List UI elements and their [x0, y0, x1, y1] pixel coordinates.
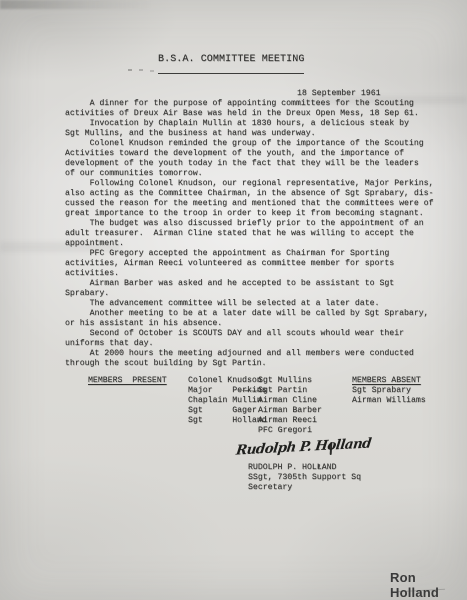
member-present: Sgt Gager	[188, 406, 267, 416]
document-content: B.S.A. COMMITTEE MEETING 18 September 19…	[65, 48, 437, 503]
paragraph-perkins: Following Colonel Knudson, our regional …	[65, 179, 437, 219]
signatory-unit: SSgt, 7305th Support Sq	[248, 473, 437, 483]
signature-block: Rudolph P. Holland RUDOLPH P. HOLLAND SS…	[248, 463, 437, 503]
member-present: Colonel Knudson	[188, 376, 267, 386]
member-present: Chaplain Mullin	[188, 396, 267, 406]
paragraph-adjourned: At 2000 hours the meeting adjourned and …	[65, 349, 437, 369]
paragraph-advancement: The advancement committee will be select…	[65, 299, 437, 309]
members-absent-column: MEMBERS ABSENT Sgt Sprabary Airman Willi…	[352, 376, 426, 406]
members-absent-heading: MEMBERS ABSENT	[352, 376, 426, 386]
document-title-wrap: B.S.A. COMMITTEE MEETING	[158, 48, 437, 74]
paragraph-gregory: PFC Gregory accepted the appointment as …	[65, 249, 437, 279]
scan-smudge-top-left	[0, 0, 160, 9]
member-present: Sgt Mullins	[258, 376, 322, 386]
scanned-document-page: B.S.A. COMMITTEE MEETING 18 September 19…	[0, 0, 467, 600]
paragraph-budget: The budget was also discussed briefly pr…	[65, 219, 437, 249]
paragraph-barber: Airman Barber was asked and he accepted …	[65, 279, 437, 299]
member-present: Major Per̶kins	[188, 386, 267, 396]
member-present: PFC Gregori	[258, 426, 322, 436]
annotation-ron-holland: Ron Holland	[390, 570, 467, 600]
member-absent: Sgt Sprabary	[352, 386, 426, 396]
member-present: Sgt Holland	[188, 416, 267, 426]
members-present-list-1: Colonel Knudson Major Per̶kins Chaplain …	[188, 376, 267, 426]
document-date: 18 September 1961	[297, 89, 437, 99]
members-present-heading: MEMBERS PRESENT	[88, 376, 167, 386]
member-present: Airman Reeci	[258, 416, 322, 426]
member-present: Airman Barber	[258, 406, 322, 416]
member-present: Airman Cline	[258, 396, 322, 406]
paragraph-dinner: A dinner for the purpose of appointing c…	[65, 99, 437, 119]
document-title: B.S.A. COMMITTEE MEETING	[158, 54, 304, 74]
paragraph-next-meeting: Another meeting to be at a later date wi…	[65, 309, 437, 329]
member-absent: Airman Williams	[352, 396, 426, 406]
signatory-role: Secretary	[248, 483, 437, 493]
handwritten-signature: Rudolph P. Holland	[235, 435, 372, 458]
paragraph-knudson: Colonel Knudson reminded the group of th…	[65, 139, 437, 179]
signatory-name: RUDOLPH P. HOLLAND	[248, 463, 437, 473]
member-present: Sgt Partin	[258, 386, 322, 396]
members-present-list-2: Sgt Mullins Sgt Partin Airman Cline Airm…	[258, 376, 322, 436]
paragraph-scouts-day: Second of October is SCOUTS DAY and all …	[65, 329, 437, 349]
members-roster: MEMBERS PRESENT Colonel Knudson Major Pe…	[65, 376, 437, 438]
members-present-column: MEMBERS PRESENT	[88, 376, 167, 386]
paragraph-invocation: Invocation by Chaplain Mullin at 1830 ho…	[65, 119, 437, 139]
